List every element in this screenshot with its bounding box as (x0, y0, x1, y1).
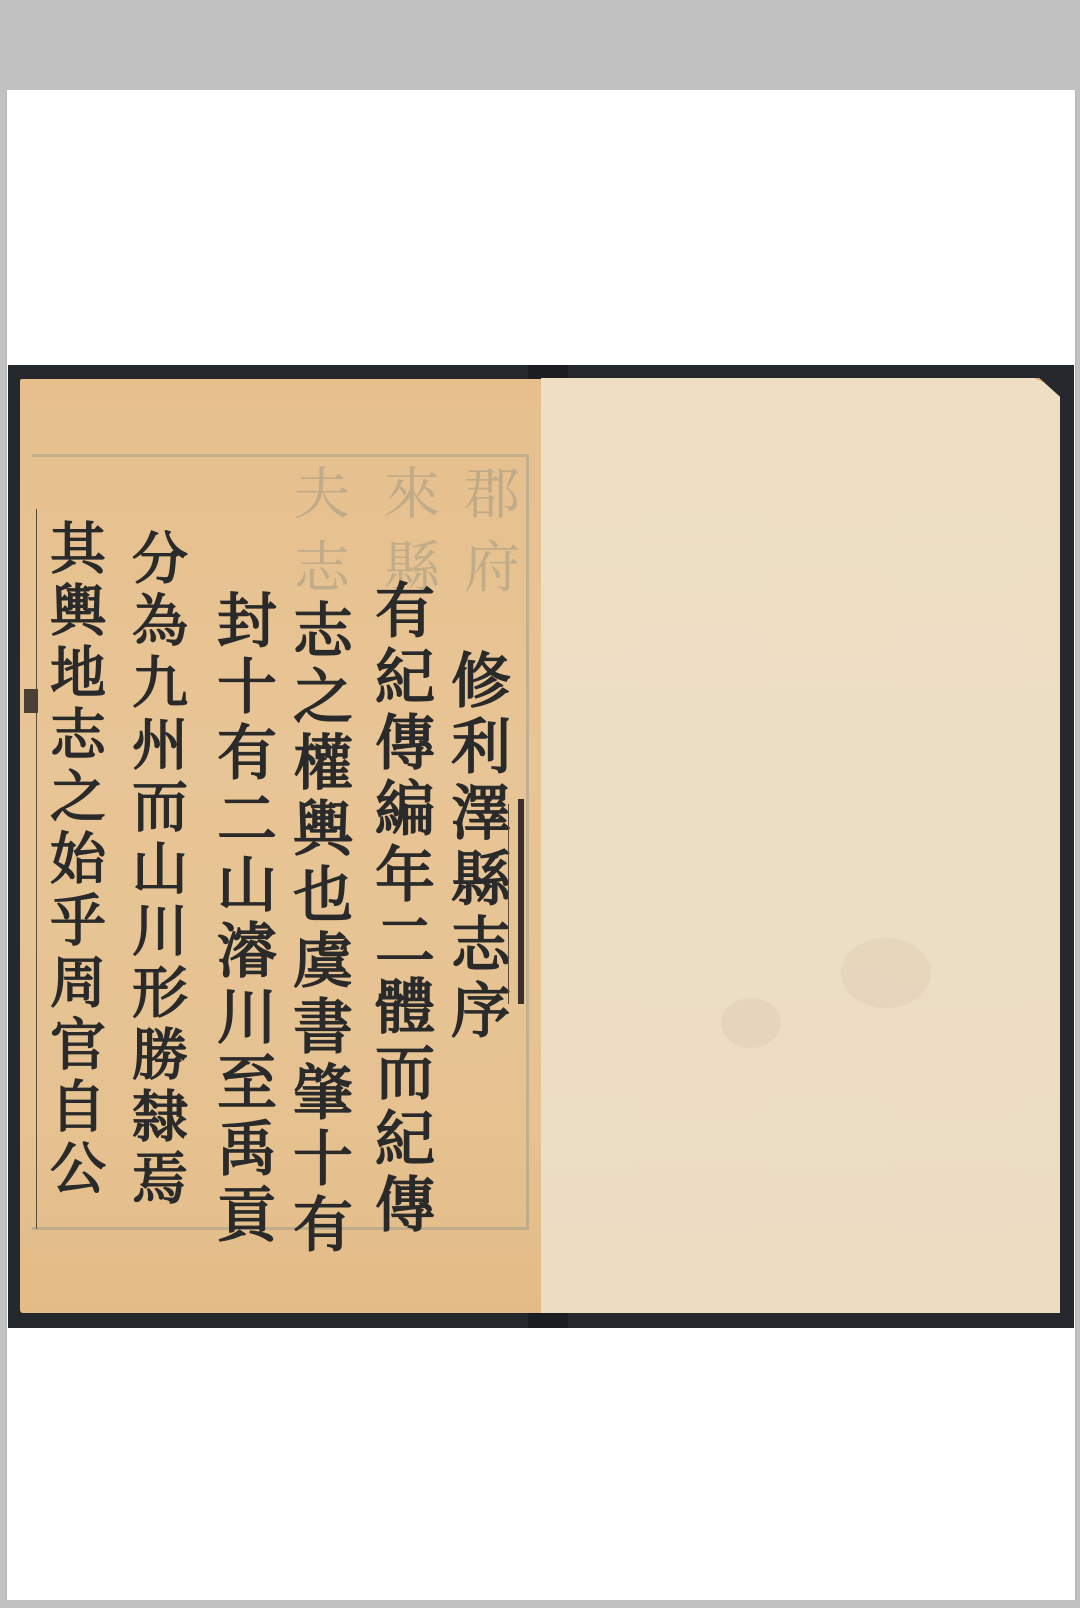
right-page (541, 378, 1060, 1313)
text-column-4: 分為九州而山川形勝隸焉 (124, 529, 188, 1211)
left-page: 郡 府 來 縣 夫 志 修利澤縣志序 有紀傳編年二體而紀傳 志之權輿也虞書肇十有… (20, 379, 550, 1313)
title-margin-rule-thin (508, 804, 509, 1004)
bleed-through-text: 夫 志 (290, 464, 350, 594)
bleed-through-text: 來 縣 (380, 464, 440, 594)
text-column-1: 有紀傳編年二體而紀傳 (364, 579, 436, 1239)
text-column-5: 其輿地志之始乎周官自公 (42, 519, 106, 1201)
fishtail-mark (24, 689, 38, 713)
text-column-3: 封十有二山濬川至禹貢 (206, 589, 278, 1249)
text-column-2: 志之權輿也虞書肇十有 (282, 599, 354, 1259)
paper-stain (721, 998, 781, 1048)
viewer-bottom-bar (0, 1601, 1080, 1608)
preface-title: 修利澤縣志序 (440, 649, 512, 1045)
viewer-top-bar (0, 0, 1080, 89)
title-margin-rule (518, 799, 524, 1004)
folded-corner (1034, 378, 1060, 390)
left-margin-rule (36, 509, 37, 1229)
paper-stain (841, 938, 931, 1008)
bleed-through-text: 郡 府 (460, 464, 520, 594)
scanned-book-image: 郡 府 來 縣 夫 志 修利澤縣志序 有紀傳編年二體而紀傳 志之權輿也虞書肇十有… (8, 365, 1074, 1328)
